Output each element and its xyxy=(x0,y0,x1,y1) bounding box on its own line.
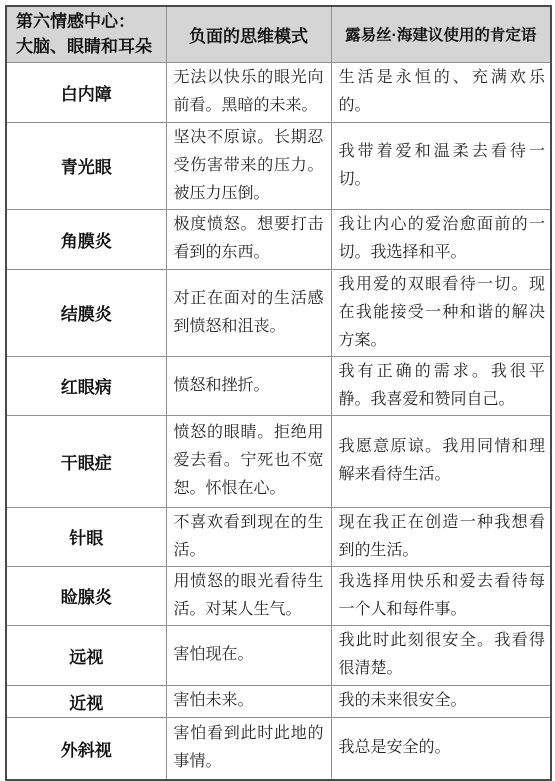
condition-name: 睑腺炎 xyxy=(6,566,166,625)
condition-name: 远视 xyxy=(6,625,166,685)
table-row: 远视 害怕现在。 我此时此刻很安全。我看得很清楚。 xyxy=(6,625,551,685)
condition-name: 近视 xyxy=(6,685,166,717)
affirmation-text: 现在我正在创造一种我想看到的生活。 xyxy=(331,507,551,566)
condition-name: 角膜炎 xyxy=(6,209,166,269)
negative-pattern-text: 害怕看到此时此地的事情。 xyxy=(166,717,331,780)
table-body: 白内障 无法以快乐的眼光向前看。黑暗的未来。 生活是永恒的、充满欢乐的。 青光眼… xyxy=(6,62,551,780)
header-cell-emotion-center: 第六情感中心： 大脑、眼睛和耳朵 xyxy=(6,6,166,62)
table-row: 针眼 不喜欢看到现在的生活。 现在我正在创造一种我想看到的生活。 xyxy=(6,507,551,566)
table-row: 结膜炎 对正在面对的生活感到愤怒和沮丧。 我用爱的双眼看待一切。现在我能接受一种… xyxy=(6,269,551,356)
table-row: 干眼症 愤怒的眼睛。拒绝用爱去看。宁死也不宽恕。怀恨在心。 我愿意原谅。我用同情… xyxy=(6,415,551,507)
affirmation-text: 生活是永恒的、充满欢乐的。 xyxy=(331,62,551,122)
negative-pattern-text: 愤怒和挫折。 xyxy=(166,356,331,415)
affirmation-text: 我有正确的需求。我很平静。我喜爱和赞同自己。 xyxy=(331,356,551,415)
table-row: 白内障 无法以快乐的眼光向前看。黑暗的未来。 生活是永恒的、充满欢乐的。 xyxy=(6,62,551,122)
emotion-center-table: 第六情感中心： 大脑、眼睛和耳朵 负面的思维模式 露易丝·海建议使用的肯定语 白… xyxy=(5,5,552,781)
condition-name: 结膜炎 xyxy=(6,269,166,356)
affirmation-text: 我的未来很安全。 xyxy=(331,685,551,717)
negative-pattern-text: 用愤怒的眼光看待生活。对某人生气。 xyxy=(166,566,331,625)
affirmation-text: 我让内心的爱治愈面前的一切。我选择和平。 xyxy=(331,209,551,269)
affirmation-text: 我带着爱和温柔去看待一切。 xyxy=(331,122,551,209)
condition-name: 红眼病 xyxy=(6,356,166,415)
condition-name: 针眼 xyxy=(6,507,166,566)
affirmation-text: 我用爱的双眼看待一切。现在我能接受一种和谐的解决方案。 xyxy=(331,269,551,356)
affirmation-text: 我总是安全的。 xyxy=(331,717,551,780)
negative-pattern-text: 不喜欢看到现在的生活。 xyxy=(166,507,331,566)
table-row: 外斜视 害怕看到此时此地的事情。 我总是安全的。 xyxy=(6,717,551,780)
negative-pattern-text: 无法以快乐的眼光向前看。黑暗的未来。 xyxy=(166,62,331,122)
condition-name: 干眼症 xyxy=(6,415,166,507)
table-row: 青光眼 坚决不原谅。长期忍受伤害带来的压力。被压力压倒。 我带着爱和温柔去看待一… xyxy=(6,122,551,209)
condition-name: 白内障 xyxy=(6,62,166,122)
document-page: 第六情感中心： 大脑、眼睛和耳朵 负面的思维模式 露易丝·海建议使用的肯定语 白… xyxy=(0,0,555,776)
table-row: 近视 害怕未来。 我的未来很安全。 xyxy=(6,685,551,717)
affirmation-text: 我此时此刻很安全。我看得很清楚。 xyxy=(331,625,551,685)
negative-pattern-text: 对正在面对的生活感到愤怒和沮丧。 xyxy=(166,269,331,356)
negative-pattern-text: 愤怒的眼睛。拒绝用爱去看。宁死也不宽恕。怀恨在心。 xyxy=(166,415,331,507)
header-cell-affirmation: 露易丝·海建议使用的肯定语 xyxy=(331,6,551,62)
table-row: 睑腺炎 用愤怒的眼光看待生活。对某人生气。 我选择用快乐和爱去看待每一个人和每件… xyxy=(6,566,551,625)
header-row: 第六情感中心： 大脑、眼睛和耳朵 负面的思维模式 露易丝·海建议使用的肯定语 xyxy=(6,6,551,62)
header-center-line1: 第六情感中心： xyxy=(16,9,161,34)
header-cell-negative-pattern: 负面的思维模式 xyxy=(166,6,331,62)
table-row: 红眼病 愤怒和挫折。 我有正确的需求。我很平静。我喜爱和赞同自己。 xyxy=(6,356,551,415)
condition-name: 外斜视 xyxy=(6,717,166,780)
affirmation-text: 我选择用快乐和爱去看待每一个人和每件事。 xyxy=(331,566,551,625)
table-row: 角膜炎 极度愤怒。想要打击看到的东西。 我让内心的爱治愈面前的一切。我选择和平。 xyxy=(6,209,551,269)
negative-pattern-text: 坚决不原谅。长期忍受伤害带来的压力。被压力压倒。 xyxy=(166,122,331,209)
affirmation-text: 我愿意原谅。我用同情和理解来看待生活。 xyxy=(331,415,551,507)
header-center-line2: 大脑、眼睛和耳朵 xyxy=(16,34,161,59)
condition-name: 青光眼 xyxy=(6,122,166,209)
negative-pattern-text: 极度愤怒。想要打击看到的东西。 xyxy=(166,209,331,269)
negative-pattern-text: 害怕现在。 xyxy=(166,625,331,685)
negative-pattern-text: 害怕未来。 xyxy=(166,685,331,717)
